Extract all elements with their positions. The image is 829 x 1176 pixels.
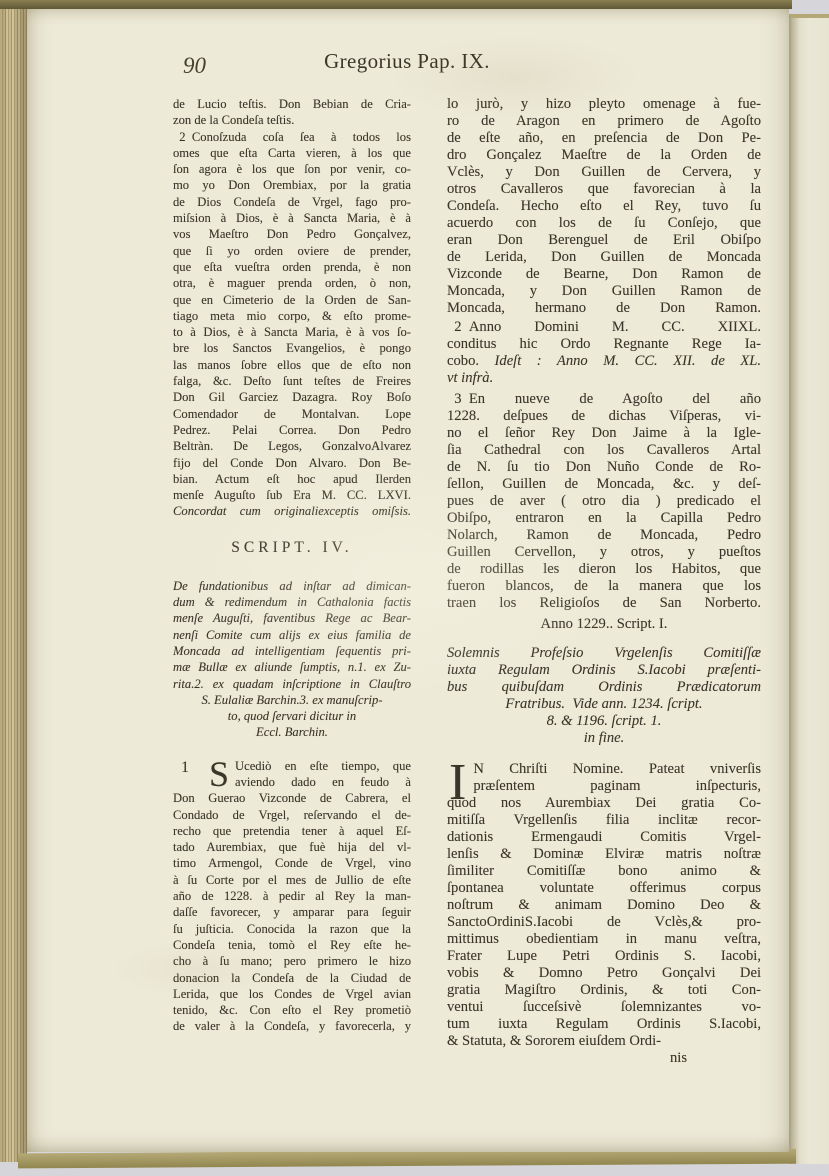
text-line: Condado de Vrgel, reſervando el de- — [173, 807, 411, 823]
text-line: quod nos Aurembiax Dei gratia Co- — [447, 795, 761, 812]
text-line: tado Aurembiax, que fuè hija del vl- — [173, 839, 411, 855]
text-line: præſentem paginam inſpecturis, — [473, 778, 761, 795]
text-line: Moncada, hermano de Don Ramon. — [447, 300, 761, 317]
text-line: dro Gonçalez Maeſtre de la Orden de — [447, 147, 761, 164]
paragraph: Concordat cum originaliexceptis omiſsis. — [173, 503, 411, 519]
text-line: Vizconde de Bearne, Don Ramon de — [447, 266, 761, 283]
page-edge-left — [0, 6, 27, 1162]
text-line: zon de la Condeſa teſtis. — [173, 112, 411, 128]
text-line: daſſe favorecer, y amparar para ſeguir — [173, 904, 411, 920]
text-line: Eccl. Barchin. — [173, 724, 411, 740]
text-line: Moncada ad intelligentiam ſequentis pri- — [173, 643, 411, 659]
text-line: otros Cavalleros que favorecian à la — [447, 181, 761, 198]
drop-cap: I — [449, 761, 466, 794]
text-line: bus quibuſdam Ordinis Prædicatorum — [447, 679, 761, 696]
paragraph: de Lucio teſtis. Don Bebian de Cria-zon … — [173, 96, 411, 129]
text-line: ſon agora è los que ſon por venir, co- — [173, 161, 411, 177]
text-line: De fundationibus ad inſtar ad dimican- — [173, 578, 411, 594]
text-line: S. Eulaliæ Barchin.3. ex manuſcrip- — [173, 692, 411, 708]
text-line: N Chriſti Nomine. Pateat vniverſis — [473, 761, 761, 778]
text-line: Concordat cum originaliexceptis omiſsis. — [173, 503, 411, 519]
section-heading: SCRIPT. IV. — [173, 536, 411, 560]
text-line: tenido, &c. Con eſto el Rey prometiò — [173, 1002, 411, 1018]
paragraph: 2 Conoſzuda coſa ſea à todos losomes que… — [173, 129, 411, 504]
text-line: otra, è maguer prenda orden, ò non, — [173, 275, 411, 291]
text-line: Vclès, y Don Guillen de Cervera, y — [447, 164, 761, 181]
text-line: Ucediò en eſte tiempo, que — [235, 758, 411, 774]
text-line: ſia Cathedral con los Cavalleros Artal — [447, 442, 761, 459]
text-line: Solemnis Profeſsio Vrgelenſis Comitiſſæ — [447, 645, 761, 662]
text-line: to, quod ſervari dicitur in — [173, 708, 411, 724]
page-number: 90 — [183, 53, 206, 79]
text-line: las manos ſobre ellos que de eſto non — [173, 357, 411, 373]
text-line: lenſis & Dominæ Elviræ matris noſtræ — [447, 846, 761, 863]
centered-block: S. Eulaliæ Barchin.3. ex manuſcrip-to, q… — [173, 692, 411, 741]
page-edge-top — [0, 0, 792, 9]
text-line: bian. Actum eſt hoc apud Ilerden — [173, 471, 411, 487]
centered-block: Fratribus. Vide ann. 1234. ſcript.8. & 1… — [447, 696, 761, 747]
text-line: que eſta vueſtra orden prenda, è non — [173, 259, 411, 275]
text-line: in fine. — [447, 730, 761, 747]
text-line: vt infrà. — [447, 370, 761, 387]
text-line: cobo. Ideſt : Anno M. CC. XII. de XL. — [447, 353, 761, 370]
text-line: à ſu Corte por el mes de Jullio de eſte — [173, 872, 411, 888]
text-line: mo yo Don Orembiax, por la gratia — [173, 177, 411, 193]
text-line: de Lerida, Don Guillen de Moncada — [447, 249, 761, 266]
text-line: ſpontanea voluntate offerimus corpus — [447, 880, 761, 897]
text-line: recho que pretendia tener à aquel Eſ- — [173, 823, 411, 839]
text-line: Comendador de Montalvan. Lope — [173, 406, 411, 422]
text-line: 2 Conoſzuda coſa ſea à todos los — [173, 129, 411, 145]
text-line: donacion la Condeſa de la Ciudad de — [173, 970, 411, 986]
text-line: mæ Bullæ ex aliunde ſumptis, n.1. ex Zu- — [173, 659, 411, 675]
text-line: Obiſpo, entraron en la Capilla Pedro — [447, 510, 761, 527]
text-line: traen los Religioſos de San Norberto. — [447, 595, 761, 612]
book-page: 90 Gregorius Pap. IX. de Lucio teſtis. D… — [27, 9, 789, 1152]
text-line: menſe Auguſti, faventibus Rege ac Bear- — [173, 610, 411, 626]
text-line: de valer à la Condeſa, y favorecerla, y — [173, 1018, 411, 1034]
text-line: de Lucio teſtis. Don Bebian de Cria- — [173, 96, 411, 112]
text-line: miſsion à Dios, è à Sancta Maria, è à — [173, 210, 411, 226]
text-line: que ſi yo orden oviere de prender, — [173, 243, 411, 259]
text-line: Frater Lupe Petri Ordinis S. Iacobi, — [447, 948, 761, 965]
text-line: noſtrum & animam Domino Deo & — [447, 897, 761, 914]
drop-cap: S — [209, 759, 229, 790]
text-line: Beltràn. De Legos, GonzalvoAlvarez — [173, 438, 411, 454]
text-line: aviendo dado en feudo à — [235, 774, 411, 790]
text-line: Anno 1229.. Script. I. — [447, 616, 761, 633]
text-line: dum & redimendum in Cathalonia factis — [173, 594, 411, 610]
text-line: SanctoOrdiniS.Iacobi de Vclès,& pro- — [447, 914, 761, 931]
text-segment: Ideſt : Anno M. CC. XII. de XL. — [495, 353, 761, 369]
text-line: no el ſeñor Rey Don Jaime à la Igle- — [447, 425, 761, 442]
text-line: mitiſſa Vrgellenſis filia inclitæ recor- — [447, 812, 761, 829]
text-line: fijo del Conde Don Alvaro. Don Be- — [173, 455, 411, 471]
text-line: lo jurò, y hizo pleyto omenage à fue- — [447, 96, 761, 113]
right-column: lo jurò, y hizo pleyto omenage à fue-ro … — [447, 96, 761, 1067]
text-line: fueron blancos, de la manera que los — [447, 578, 761, 595]
text-line: pues de aver ( otro dia ) predicado el — [447, 493, 761, 510]
text-line: iuxta Regulam Ordinis S.Iacobi præſenti- — [447, 662, 761, 679]
text-line: eran Don Berenguel de Eril Obiſpo — [447, 232, 761, 249]
text-line: ſu juſticia. Conocida la razon que la — [173, 921, 411, 937]
text-segment: vt infrà. — [447, 370, 493, 386]
text-line: vobis & Domno Petro Gonçalvi Dei — [447, 965, 761, 982]
text-line: ſimiliter Comitiſſæ bono animo & — [447, 863, 761, 880]
text-line: de N. ſu tio Don Nuño Conde de Ro- — [447, 459, 761, 476]
text-line: Lerida, que los Condes de Vrgel avian — [173, 986, 411, 1002]
text-line: bre los Sanctos Evangelios, è pongo — [173, 340, 411, 356]
text-line: SCRIPT. IV. — [173, 536, 411, 560]
text-line: que en Cimeterio de la Orden de San- — [173, 292, 411, 308]
text-line: falga, &c. Deſto ſunt teſtes de Freires — [173, 373, 411, 389]
text-line: 8. & 1196. ſcript. 1. — [447, 713, 761, 730]
text-line: gratia Magiſtro Ordinis, & toti Con- — [447, 982, 761, 999]
paragraph: Solemnis Profeſsio Vrgelenſis Comitiſſæi… — [447, 645, 761, 696]
text-line: Condeſa tenia, tomò el Rey eſte he- — [173, 937, 411, 953]
book-scan: 90 Gregorius Pap. IX. de Lucio teſtis. D… — [0, 0, 829, 1176]
text-line: Condeſa. Hecho eſto el Rey, tuvo ſu — [447, 198, 761, 215]
text-line: de rodillas les dieron los Habitos, que — [447, 561, 761, 578]
text-line: menſe Auguſto ſub Era M. CC. LXVI. — [173, 487, 411, 503]
text-line: rita.2. ex quadam inſcriptione in Clauſt… — [173, 676, 411, 692]
text-line: año de 1228. à pedir al Rey la man- — [173, 888, 411, 904]
text-line: Don Guerao Vizconde de Cabrera, el — [173, 790, 411, 806]
text-line: to à Dios, è à Sancta Maria, è à vos ſo- — [173, 324, 411, 340]
paragraph-number: 1 — [181, 759, 189, 777]
text-line: Fratribus. Vide ann. 1234. ſcript. — [447, 696, 761, 713]
text-line: Pedrez. Pelai Correa. Don Pedro — [173, 422, 411, 438]
text-line: nenſi Comite cum alijs ex eius familia d… — [173, 627, 411, 643]
running-title: Gregorius Pap. IX. — [267, 49, 547, 74]
text-line: de eſte año, en preſencia de Don Pe- — [447, 130, 761, 147]
text-line: cho à ſu mano; pero primero le hizo — [173, 953, 411, 969]
text-line: ventui ſucceſsivè ſolemnizantes vo- — [447, 999, 761, 1016]
catchword: nis — [447, 1050, 761, 1067]
text-line: mittimus obedientiam in manu veſtra, — [447, 931, 761, 948]
text-line: tum iuxta Regulam Ordinis S.Iacobi, — [447, 1016, 761, 1033]
text-line: 3 En nueve de Agoſto del año — [447, 391, 761, 408]
text-line: ro de Aragon en primero de Agoſto — [447, 113, 761, 130]
text-line: Nolarch, Ramon de Moncada, Pedro — [447, 527, 761, 544]
text-line: ſellon, Guillen de Moncada, &c. y deſ- — [447, 476, 761, 493]
paragraph: lo jurò, y hizo pleyto omenage à fue-ro … — [447, 96, 761, 317]
paragraph: IN Chriſti Nomine. Pateat vniverſispræſe… — [447, 761, 761, 1050]
text-line: timo Armengol, Conde de Vrgel, vino — [173, 855, 411, 871]
text-line: tiago meta mio corpo, & eſto prome- — [173, 308, 411, 324]
text-line: acuerdo con los de ſu Conſejo, que — [447, 215, 761, 232]
text-line: vos Maeſtro Don Pedro Gonçalvez, — [173, 226, 411, 242]
text-line: nis — [447, 1050, 761, 1067]
text-line: 2 Anno Domini M. CC. XIIXL. — [447, 319, 761, 336]
text-line: 1228. deſpues de dichas Viſperas, vi- — [447, 408, 761, 425]
adjacent-page-gutter — [789, 14, 829, 1164]
text-line: Moncada, y Don Guillen Ramon de — [447, 283, 761, 300]
centered-block: Anno 1229.. Script. I. — [447, 616, 761, 633]
text-line: & Statuta, & Sororem eiuſdem Ordi- — [447, 1033, 761, 1050]
paragraph: De fundationibus ad inſtar ad dimican-du… — [173, 578, 411, 692]
left-column: de Lucio teſtis. Don Bebian de Cria-zon … — [173, 96, 411, 1035]
text-line: dationis Ermengaudi Comitis Vrgel- — [447, 829, 761, 846]
text-line: de Dios Condeſa de Vrgel, fago pro- — [173, 194, 411, 210]
text-line: omes que eſta Carta vieren, à los que — [173, 145, 411, 161]
text-segment: cobo. — [447, 353, 495, 369]
text-line: Guillen Cervellon, y otros, y pueſtos — [447, 544, 761, 561]
text-line: conditus hic Ordo Regnante Rege Ia- — [447, 336, 761, 353]
paragraph: S1Ucediò en eſte tiempo, queaviendo dado… — [173, 758, 411, 1035]
paragraph: 3 En nueve de Agoſto del año1228. deſpue… — [447, 391, 761, 612]
paragraph: 2 Anno Domini M. CC. XIIXL.conditus hic … — [447, 319, 761, 387]
text-line: Don Gil Garciez Dazagra. Roy Boſo — [173, 389, 411, 405]
